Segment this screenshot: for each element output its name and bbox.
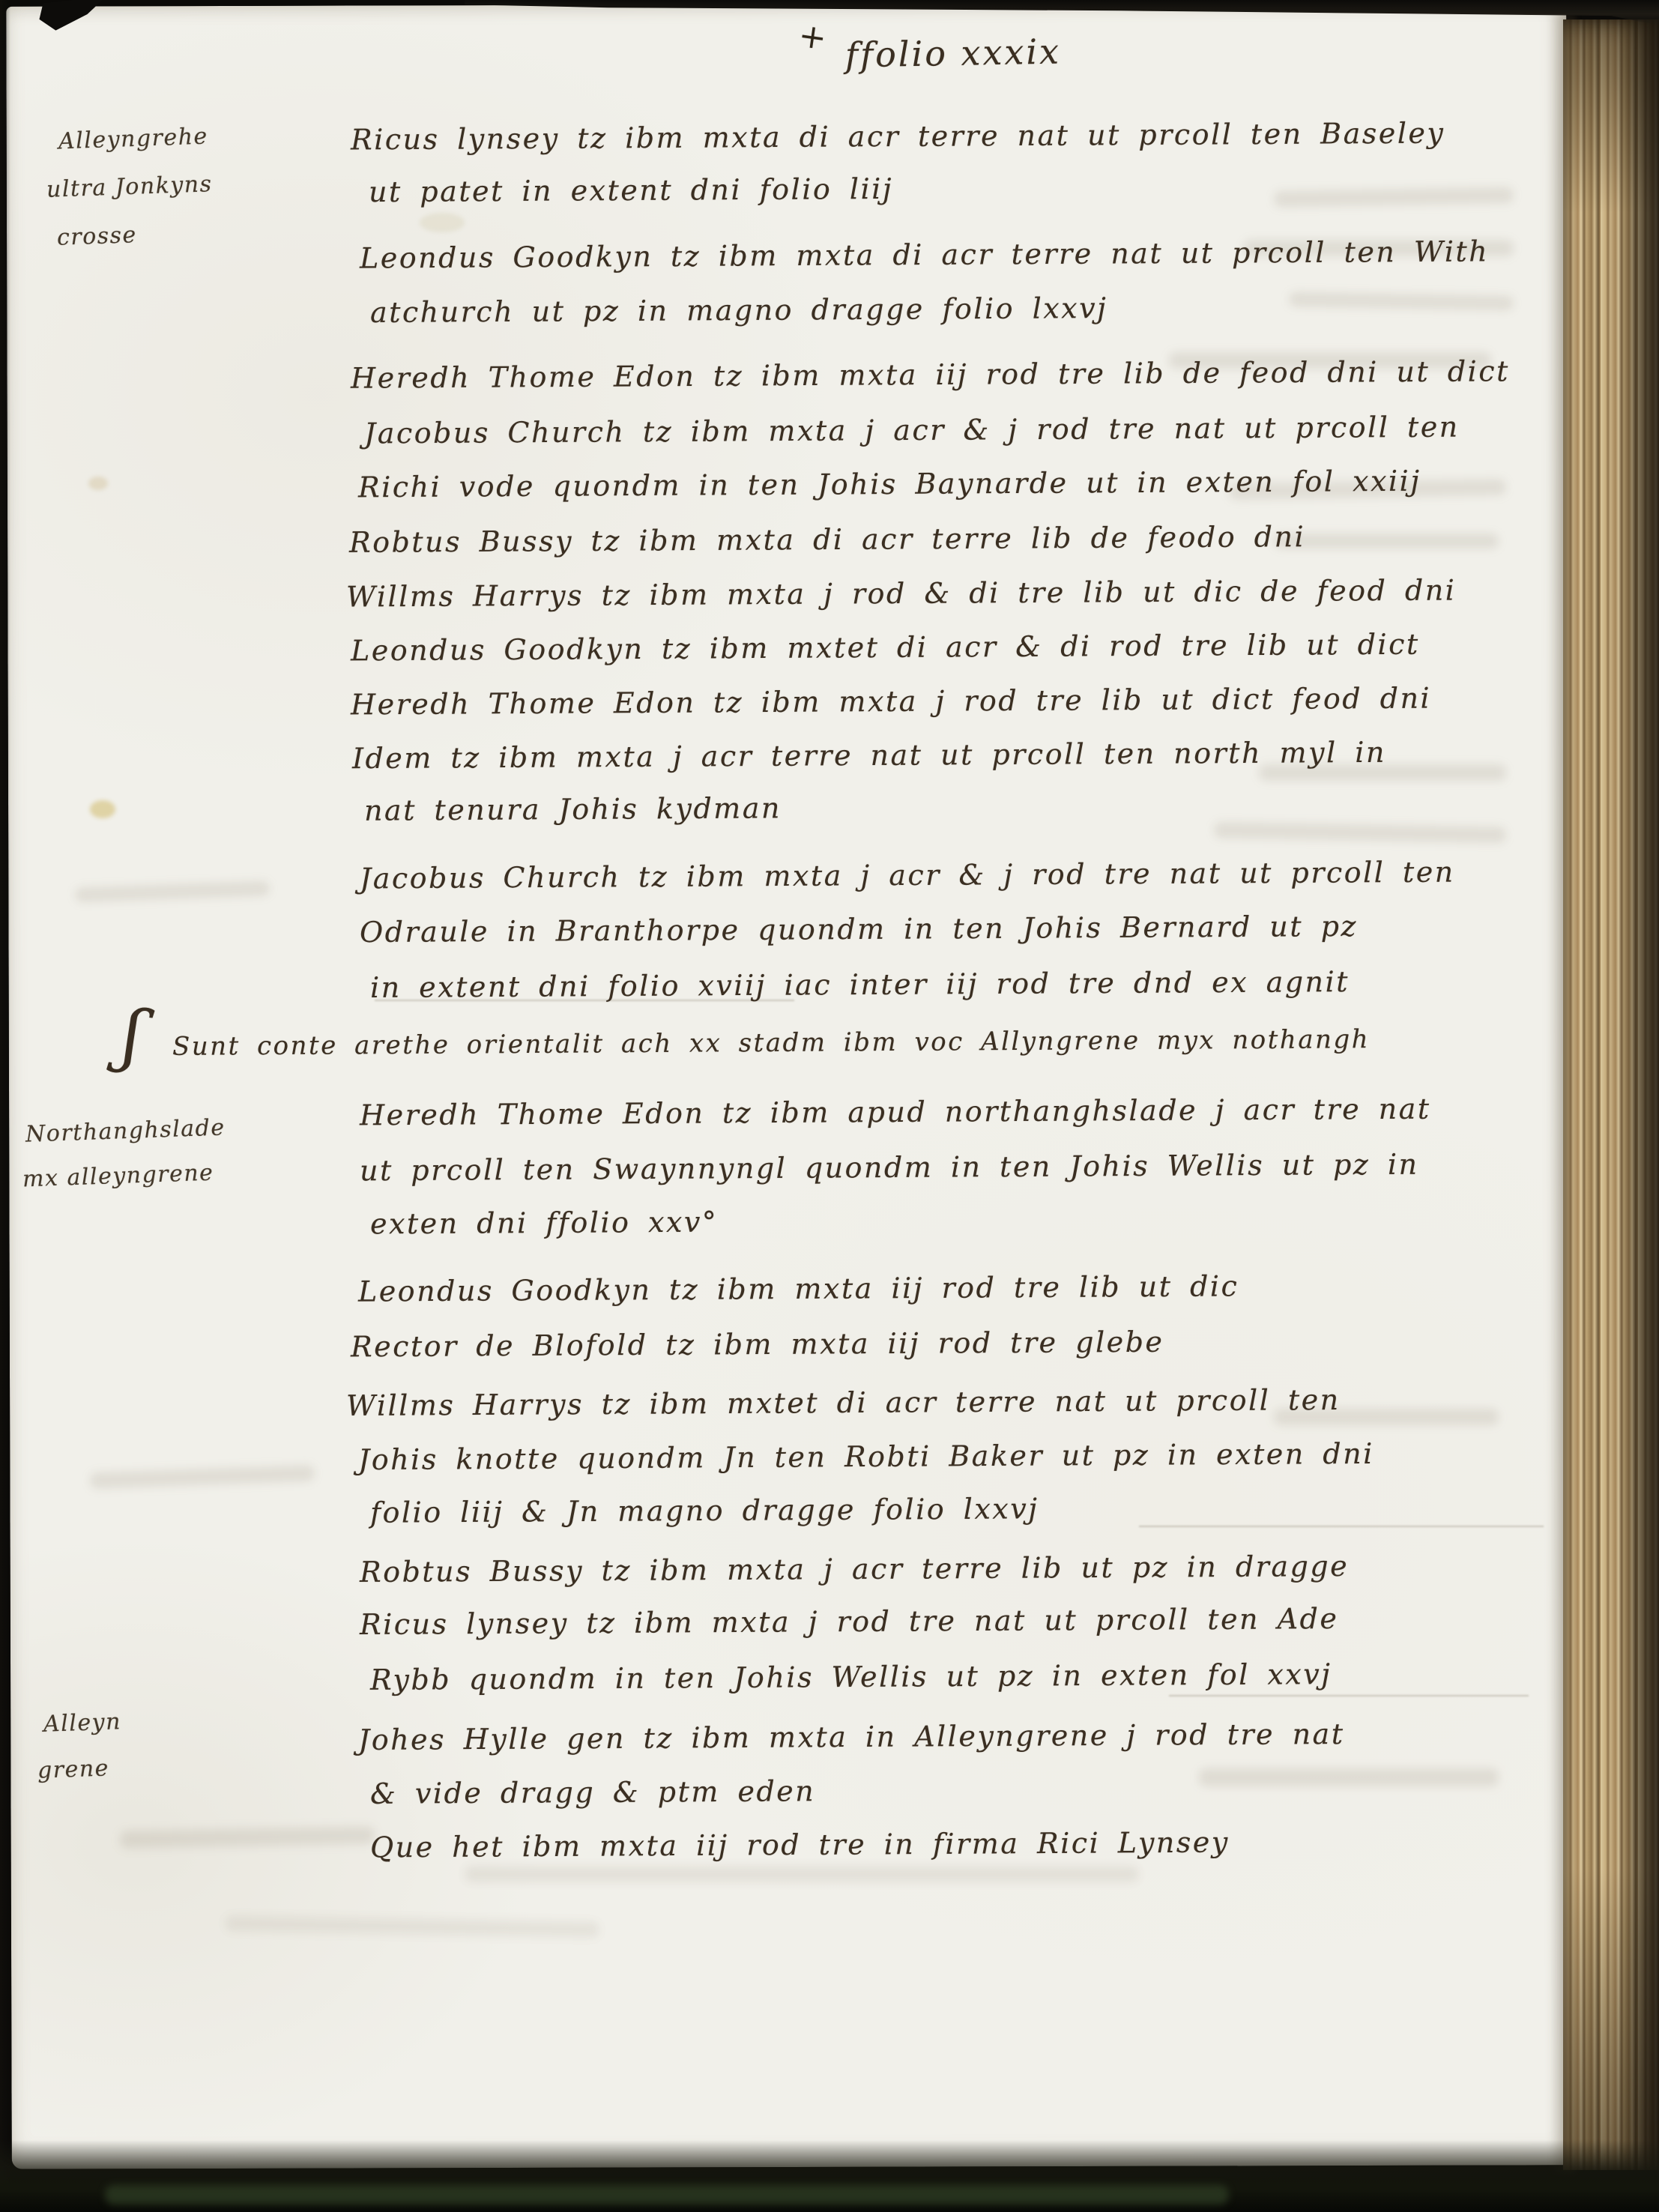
- manuscript-line: & vide dragg & ptm eden: [370, 1774, 815, 1810]
- manuscript-line: Odraule in Branthorpe quondm in ten Johi…: [360, 910, 1358, 949]
- manuscript-line: exten dni ffolio xxv°: [370, 1206, 719, 1241]
- manuscript-line: Richi vode quondm in ten Johis Baynarde …: [358, 465, 1421, 504]
- margin-note: crosse: [56, 222, 137, 251]
- page-title: ffolio xxxix: [845, 31, 1062, 75]
- manuscript-line: nat tenura Johis kydman: [364, 791, 782, 827]
- manuscript-line: Rybb quondm in ten Johis Wellis ut pz in…: [370, 1658, 1332, 1696]
- manuscript-line: Ricus lynsey tz ibm mxta di acr terre na…: [351, 117, 1445, 157]
- manuscript-line: folio liij & Jn magno dragge folio lxxvj: [370, 1492, 1039, 1529]
- manuscript-line: ut patet in extent dni folio liij: [369, 172, 893, 208]
- manuscript-line: Ricus lynsey tz ibm mxta j rod tre nat u…: [360, 1602, 1339, 1641]
- manuscript-line: Heredh Thome Edon tz ibm mxta j rod tre …: [351, 682, 1431, 722]
- manuscript-line: Johis knotte quondm Jn ten Robti Baker u…: [358, 1437, 1374, 1476]
- manuscript-line: Que het ibm mxta iij rod tre in firma Ri…: [370, 1825, 1230, 1864]
- cross-mark: +: [797, 16, 829, 58]
- scan-left-border: [0, 0, 10, 2212]
- manuscript-line: Johes Hylle gen tz ibm mxta in Alleyngre…: [358, 1717, 1345, 1756]
- manuscript-line: Rector de Blofold tz ibm mxta iij rod tr…: [351, 1326, 1164, 1364]
- manuscript-line: atchurch ut pz in magno dragge folio lxx…: [370, 291, 1108, 329]
- manuscript-line: Robtus Bussy tz ibm mxta di acr terre li…: [349, 520, 1305, 559]
- show-through-smudge: [465, 1866, 1139, 1882]
- manuscript-line: Idem tz ibm mxta j acr terre nat ut prco…: [352, 736, 1386, 775]
- manuscript-line: Jacobus Church tz ibm mxta j acr & j rod…: [364, 411, 1460, 450]
- manuscript-line: Willms Harrys tz ibm mxtet di acr terre …: [346, 1383, 1341, 1422]
- manuscript-line: Leondus Goodkyn tz ibm mxta iij rod tre …: [358, 1269, 1239, 1308]
- margin-note: Alleyngrehe: [58, 124, 208, 155]
- ruled-impression: [1139, 1526, 1544, 1527]
- stain: [88, 477, 108, 490]
- manuscript-line: Leondus Goodkyn tz ibm mxtet di acr & di…: [351, 628, 1420, 668]
- scanned-manuscript-page: + ffolio xxxix Alleyngrehe ultra Jonkyns…: [0, 0, 1659, 2212]
- manuscript-line: Leondus Goodkyn tz ibm mxta di acr terre…: [360, 235, 1489, 274]
- ruled-impression: [1169, 1695, 1529, 1696]
- manuscript-line: in extent dni folio xviij iac inter iij …: [370, 965, 1350, 1004]
- stain: [420, 213, 465, 232]
- show-through-smudge: [1199, 1768, 1499, 1786]
- manuscript-line: Willms Harrys tz ibm mxta j rod & di tre…: [346, 573, 1457, 613]
- margin-note: Alleyn: [43, 1708, 121, 1738]
- margin-note: grene: [37, 1755, 109, 1783]
- manuscript-line: Heredh Thome Edon tz ibm apud northanghs…: [360, 1093, 1431, 1132]
- binding-edge-tint: [105, 2185, 1229, 2205]
- book-fore-edge: [1563, 19, 1659, 2170]
- stain: [90, 800, 115, 818]
- manuscript-line: Jacobus Church tz ibm mxta j acr & j rod…: [360, 856, 1455, 895]
- manuscript-line: Robtus Bussy tz ibm mxta j acr terre lib…: [360, 1550, 1349, 1589]
- manuscript-line: ut prcoll ten Swaynnyngl quondm in ten J…: [360, 1148, 1419, 1188]
- show-through-smudge: [1274, 534, 1499, 549]
